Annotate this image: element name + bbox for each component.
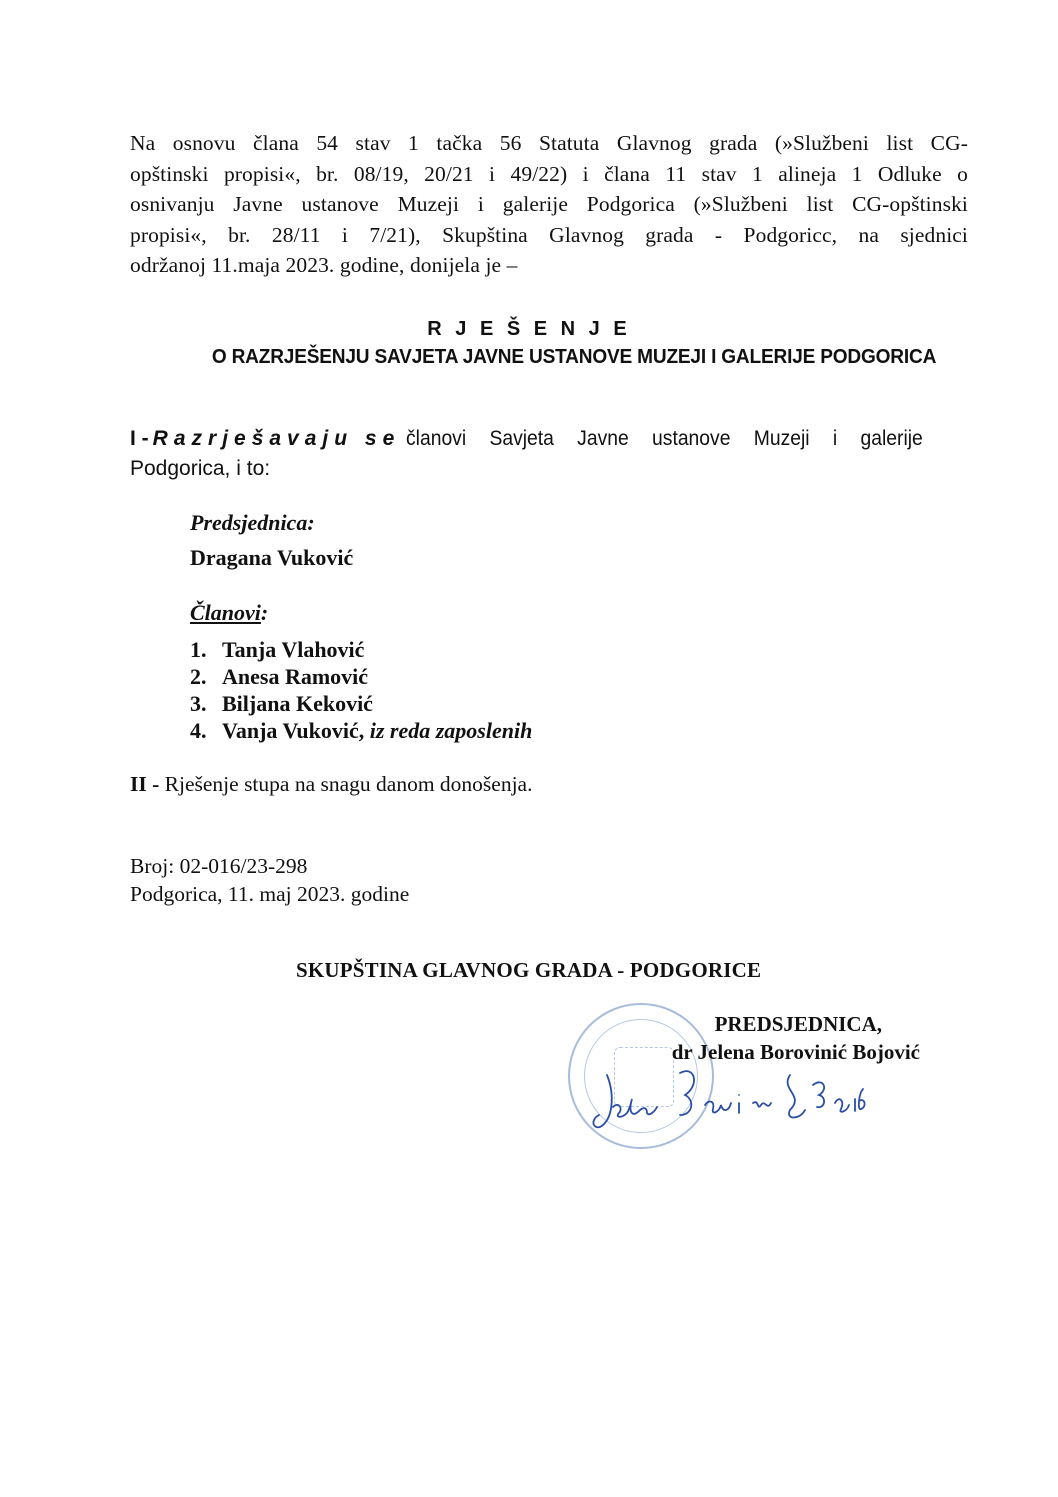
- document-meta: Broj: 02-016/23-298 Podgorica, 11. maj 2…: [130, 852, 409, 908]
- member-number: 2.: [190, 663, 222, 690]
- intro-line: opštinski propisi«, br. 08/19, 20/21 i 4…: [130, 159, 968, 190]
- intro-paragraph: Na osnovu člana 54 stav 1 tačka 56 Statu…: [130, 128, 968, 281]
- section-two-text: Rješenje stupa na snagu danom donošenja.: [159, 772, 532, 796]
- members-list: 1.Tanja Vlahović 2.Anesa Ramović 3.Bilja…: [190, 636, 532, 744]
- member-number: 1.: [190, 636, 222, 663]
- member-number: 3.: [190, 690, 222, 717]
- members-label: Članovi:: [190, 600, 268, 626]
- section-one-text: članovi Savjeta Javne ustanove Muzeji i …: [406, 424, 923, 454]
- list-item: 3.Biljana Keković: [190, 690, 532, 717]
- place-date: Podgorica, 11. maj 2023. godine: [130, 880, 409, 908]
- assembly-name: SKUPŠTINA GLAVNOG GRADA - PODGORICE: [296, 958, 761, 983]
- member-note: iz reda zaposlenih: [364, 717, 532, 744]
- members-label-colon: :: [261, 600, 268, 625]
- member-name: Vanja Vuković,: [222, 717, 364, 744]
- intro-line: održanoj 11.maja 2023. godine, donijela …: [130, 250, 968, 281]
- document-page: Na osnovu člana 54 stav 1 tačka 56 Statu…: [0, 0, 1058, 1497]
- intro-line: Na osnovu člana 54 stav 1 tačka 56 Statu…: [130, 128, 968, 159]
- list-item: 4.Vanja Vuković, iz reda zaposlenih: [190, 717, 532, 744]
- decision-title: R J E Š E N J E: [0, 316, 1058, 342]
- signatory-block: PREDSJEDNICA, dr Jelena Borovinić Bojovi…: [580, 1010, 920, 1066]
- document-number: Broj: 02-016/23-298: [130, 852, 409, 880]
- members-label-text: Članovi: [190, 600, 261, 625]
- handwritten-signature-icon: [585, 1065, 905, 1135]
- member-name: Tanja Vlahović: [222, 636, 364, 663]
- signatory-title: PREDSJEDNICA,: [580, 1010, 920, 1038]
- president-label: Predsjednica:: [190, 510, 315, 536]
- list-item: 2.Anesa Ramović: [190, 663, 532, 690]
- section-one: I - Razrješavaju se članovi Savjeta Javn…: [130, 424, 968, 484]
- decision-heading: R J E Š E N J E O RAZRJEŠENJU SAVJETA JA…: [0, 316, 1058, 372]
- section-one-line2: Podgorica, i to:: [130, 454, 968, 484]
- list-item: 1.Tanja Vlahović: [190, 636, 532, 663]
- member-name: Biljana Keković: [222, 690, 373, 717]
- member-number: 4.: [190, 717, 222, 744]
- president-name: Dragana Vuković: [190, 545, 353, 571]
- member-name: Anesa Ramović: [222, 663, 368, 690]
- decision-subtitle: O RAZRJEŠENJU SAVJETA JAVNE USTANOVE MUZ…: [124, 342, 1024, 372]
- section-two-numeral: II -: [130, 772, 159, 796]
- intro-line: propisi«, br. 28/11 i 7/21), Skupština G…: [130, 220, 968, 251]
- section-two: II - Rješenje stupa na snagu danom donoš…: [130, 772, 532, 797]
- signatory-name: dr Jelena Borovinić Bojović: [580, 1038, 920, 1066]
- intro-line: osnivanju Javne ustanove Muzeji i galeri…: [130, 189, 968, 220]
- section-one-verb: Razrješavaju se: [153, 424, 401, 454]
- section-one-numeral: I -: [130, 424, 149, 454]
